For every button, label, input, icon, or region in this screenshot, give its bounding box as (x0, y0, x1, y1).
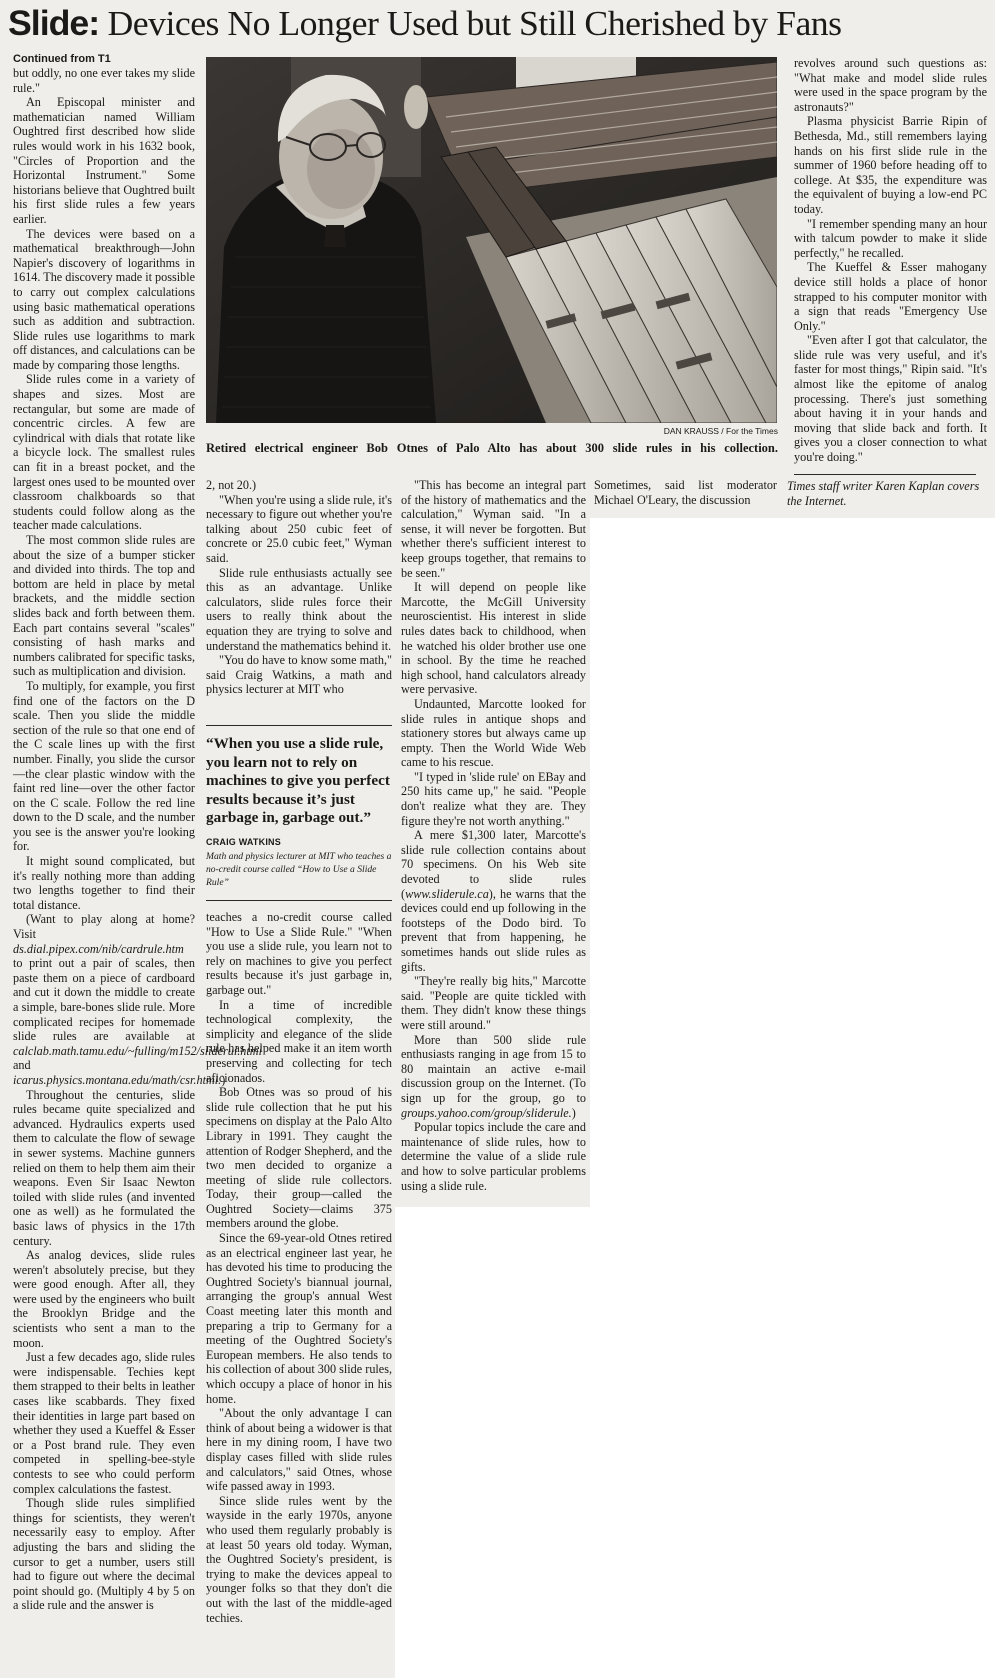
paragraph: Bob Otnes was so proud of his slide rule… (206, 1085, 392, 1231)
link-sliderule-ca[interactable]: www.sliderule.ca (405, 887, 489, 901)
text: and (13, 1058, 31, 1072)
paragraph: "About the only advantage I can think of… (206, 1406, 392, 1494)
text: ) (572, 1106, 576, 1120)
column-4: revolves around such questions as: "What… (794, 56, 987, 465)
link-yahoo-group[interactable]: groups.yahoo.com/group/sliderule. (401, 1106, 572, 1120)
paragraph: "Even after I got that calculator, the s… (794, 333, 987, 464)
paragraph: teaches a no-credit course called "How t… (206, 910, 392, 998)
paragraph: The Kueffel & Esser mahogany device stil… (794, 260, 987, 333)
paragraph: 2, not 20.) (206, 478, 392, 493)
headline-title: Slide: Devices No Longer Used but Still … (8, 2, 842, 46)
paragraph: Undaunted, Marcotte looked for slide rul… (401, 697, 586, 770)
paragraph: Since the 69-year-old Otnes retired as a… (206, 1231, 392, 1406)
paragraph: "I remember spending many an hour with t… (794, 217, 987, 261)
paragraph: "You do have to know some math," said Cr… (206, 653, 392, 697)
column-3-continuation: Sometimes, said list moderator Michael O… (594, 478, 777, 507)
headline-text: Devices No Longer Used but Still Cherish… (107, 4, 841, 43)
paragraph: It will depend on people like Marcotte, … (401, 580, 586, 697)
column-3: "This has become an integral part of the… (401, 478, 586, 1193)
headline-kicker: Slide: (8, 4, 99, 43)
photo-caption: Retired electrical engineer Bob Otnes of… (206, 440, 778, 456)
column-2-top: 2, not 20.) "When you're using a slide r… (206, 478, 392, 697)
paragraph: The devices were based on a mathematical… (13, 227, 195, 373)
article-photo (206, 57, 777, 423)
continued-from-label: Continued from T1 (13, 52, 195, 66)
paragraph: "This has become an integral part of the… (401, 478, 586, 580)
paragraph: Since slide rules went by the wayside in… (206, 1494, 392, 1625)
pull-quote-name: CRAIG WATKINS (206, 837, 281, 847)
paragraph: Slide rules come in a variety of shapes … (13, 372, 195, 533)
column-1: Continued from T1 but oddly, no one ever… (13, 52, 195, 1613)
photo-credit: DAN KRAUSS / For the Times (560, 426, 778, 437)
paragraph: "When you're using a slide rule, it's ne… (206, 493, 392, 566)
paragraph: An Episcopal minister and mathematician … (13, 95, 195, 226)
paragraph: Though slide rules simplified things for… (13, 1496, 195, 1613)
paragraph: Just a few decades ago, slide rules were… (13, 1350, 195, 1496)
pull-quote-text: “When you use a slide rule, you learn no… (206, 735, 392, 828)
paragraph: Sometimes, said list moderator Michael O… (594, 478, 777, 507)
link-icarus[interactable]: icarus.physics.montana.edu/math/csr.html… (13, 1073, 221, 1087)
paragraph: Slide rule enthusiasts actually see this… (206, 566, 392, 654)
headline: Slide: Devices No Longer Used but Still … (0, 0, 995, 50)
text: More than 500 slide rule enthusiasts ran… (401, 1033, 586, 1105)
pull-quote-top-rule (206, 725, 392, 726)
text: to print out a pair of scales, then past… (13, 956, 195, 1043)
paragraph: "They're really big hits," Marcotte said… (401, 974, 586, 1032)
paragraph-play-along: (Want to play along at home? Visit ds.di… (13, 912, 195, 1087)
photo-man-with-slide-rules-icon (206, 57, 777, 423)
writer-tagline: Times staff writer Karen Kaplan covers t… (787, 479, 987, 508)
paragraph-group: More than 500 slide rule enthusiasts ran… (401, 1033, 586, 1121)
paragraph: revolves around such questions as: "What… (794, 56, 987, 114)
paragraph: As analog devices, slide rules weren't a… (13, 1248, 195, 1350)
paragraph: It might sound complicated, but it's rea… (13, 854, 195, 912)
paragraph: To multiply, for example, you first find… (13, 679, 195, 854)
paragraph: "I typed in 'slide rule' on EBay and 250… (401, 770, 586, 828)
paragraph-website: A mere $1,300 later, Marcotte's slide ru… (401, 828, 586, 974)
paragraph: but oddly, no one ever takes my slide ru… (13, 66, 195, 95)
column-2-bottom: teaches a no-credit course called "How t… (206, 910, 392, 1625)
pull-quote-bottom-rule (206, 900, 392, 901)
paragraph: In a time of incredible technological co… (206, 998, 392, 1086)
paragraph: The most common slide rules are about th… (13, 533, 195, 679)
text: (Want to play along at home? Visit (13, 912, 195, 941)
paragraph: Popular topics include the care and main… (401, 1120, 586, 1193)
paragraph: Plasma physicist Barrie Ripin of Bethesd… (794, 114, 987, 216)
pull-quote-title: Math and physics lecturer at MIT who tea… (206, 850, 392, 889)
paragraph: Throughout the centuries, slide rules be… (13, 1088, 195, 1249)
link-cardrule[interactable]: ds.dial.pipex.com/nib/cardrule.htm (13, 942, 184, 956)
tagline-rule (794, 474, 976, 475)
